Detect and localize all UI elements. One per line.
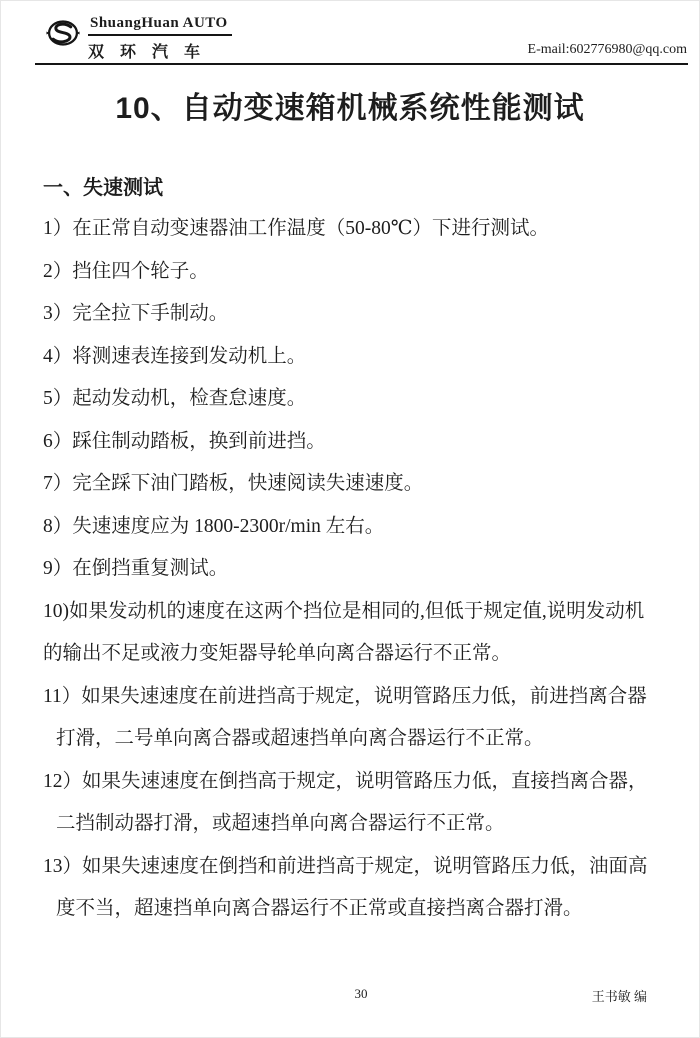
brand-name-en: ShuangHuan AUTO [88,15,232,36]
list-item-6: 6）踩住制动踏板，换到前进挡。 [43,421,661,464]
list-item-3: 3）完全拉下手制动。 [43,293,661,336]
section-heading: 一、失速测试 [43,174,661,202]
document-page: ShuangHuan AUTO 双环汽车 E-mail:602776980@qq… [0,0,700,1038]
list-item-9: 9）在倒挡重复测试。 [43,548,661,591]
shuanghuan-s-emblem-icon [45,14,81,55]
brand-name-cn: 双环汽车 [88,39,232,62]
list-item-4: 4）将测速表连接到发动机上。 [43,336,661,379]
list-item-2: 2）挡住四个轮子。 [43,251,661,294]
list-item-11: 11）如果失速速度在前进挡高于规定，说明管路压力低，前进挡离合器打滑，二号单向离… [43,676,661,761]
list-item-10: 10)如果发动机的速度在这两个挡位是相同的,但低于规定值,说明发动机的输出不足或… [43,591,661,676]
list-item-12: 12）如果失速速度在倒挡高于规定，说明管路压力低，直接挡离合器，二挡制动器打滑，… [43,761,661,846]
header-divider [35,63,688,65]
header-logo: ShuangHuan AUTO 双环汽车 [45,14,232,62]
numbered-list: 1）在正常自动变速器油工作温度（50-80℃）下进行测试。 2）挡住四个轮子。 … [43,208,661,931]
list-item-13: 13）如果失速速度在倒挡和前进挡高于规定，说明管路压力低，油面高度不当，超速挡单… [43,846,661,931]
page-title: 10、自动变速箱机械系统性能测试 [1,83,699,127]
list-item-7: 7）完全踩下油门踏板，快速阅读失速速度。 [43,463,661,506]
list-item-1: 1）在正常自动变速器油工作温度（50-80℃）下进行测试。 [43,208,661,251]
list-item-8: 8）失速速度应为 1800-2300r/min 左右。 [43,506,661,549]
brand-text: ShuangHuan AUTO 双环汽车 [88,14,232,62]
list-item-5: 5）起动发动机，检查怠速度。 [43,378,661,421]
header-email: E-mail:602776980@qq.com [528,42,687,58]
footer-editor: 王书敏 编 [592,986,647,1005]
document-body: 一、失速测试 1）在正常自动变速器油工作温度（50-80℃）下进行测试。 2）挡… [43,174,661,931]
